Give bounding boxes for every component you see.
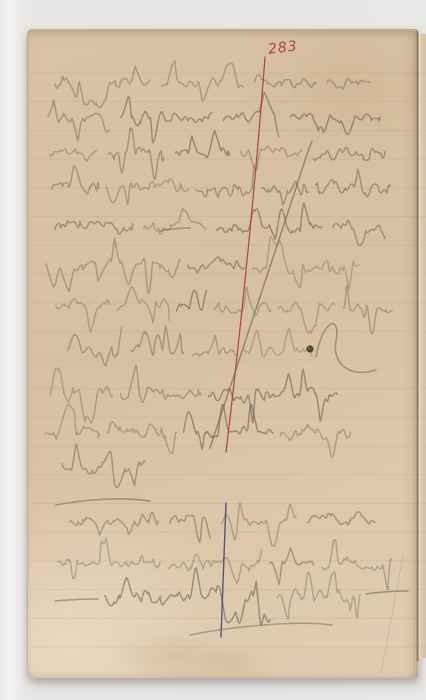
script-word bbox=[188, 257, 245, 273]
script-word bbox=[131, 326, 184, 355]
script-word bbox=[280, 424, 350, 457]
script-word bbox=[313, 147, 385, 160]
script-word bbox=[46, 238, 180, 293]
script-word bbox=[106, 179, 188, 205]
script-word bbox=[327, 78, 370, 89]
script-word bbox=[50, 368, 112, 423]
script-word bbox=[52, 166, 99, 194]
script-word bbox=[217, 204, 322, 240]
script-word bbox=[107, 422, 176, 454]
script-word bbox=[55, 221, 133, 234]
script-word bbox=[62, 444, 145, 488]
script-word bbox=[117, 287, 169, 323]
script-word bbox=[196, 166, 254, 197]
script-word bbox=[169, 550, 262, 584]
dash-stroke bbox=[55, 599, 98, 601]
script-word bbox=[56, 299, 109, 332]
script-word bbox=[343, 285, 392, 333]
script-word bbox=[261, 181, 308, 204]
script-word bbox=[121, 365, 201, 402]
script-word bbox=[222, 503, 296, 546]
script-word bbox=[322, 540, 392, 590]
ink-marks bbox=[55, 57, 408, 673]
pencil-handwriting bbox=[45, 61, 392, 625]
script-word bbox=[55, 66, 150, 107]
dash-stroke bbox=[56, 499, 150, 505]
script-word bbox=[307, 512, 375, 525]
script-word bbox=[58, 538, 160, 579]
script-word bbox=[121, 97, 212, 143]
script-word bbox=[170, 515, 211, 542]
ink-spot bbox=[306, 345, 313, 352]
script-word bbox=[144, 209, 206, 235]
script-word bbox=[177, 290, 207, 311]
script-word bbox=[224, 92, 279, 136]
script-word bbox=[278, 572, 361, 619]
script-word bbox=[192, 335, 235, 355]
script-word bbox=[244, 329, 312, 357]
script-word bbox=[291, 114, 380, 135]
script-word bbox=[105, 568, 270, 625]
ink-spot-highlight bbox=[308, 347, 310, 349]
script-word bbox=[48, 100, 109, 141]
underline-stroke bbox=[190, 623, 332, 635]
script-word bbox=[184, 404, 274, 449]
script-word bbox=[176, 131, 230, 158]
script-word bbox=[162, 61, 244, 101]
manuscript-scan: 283 bbox=[0, 0, 426, 700]
dash-stroke bbox=[366, 591, 408, 594]
handwriting-layer bbox=[0, 0, 426, 700]
script-word bbox=[333, 220, 385, 245]
script-word bbox=[316, 169, 390, 197]
